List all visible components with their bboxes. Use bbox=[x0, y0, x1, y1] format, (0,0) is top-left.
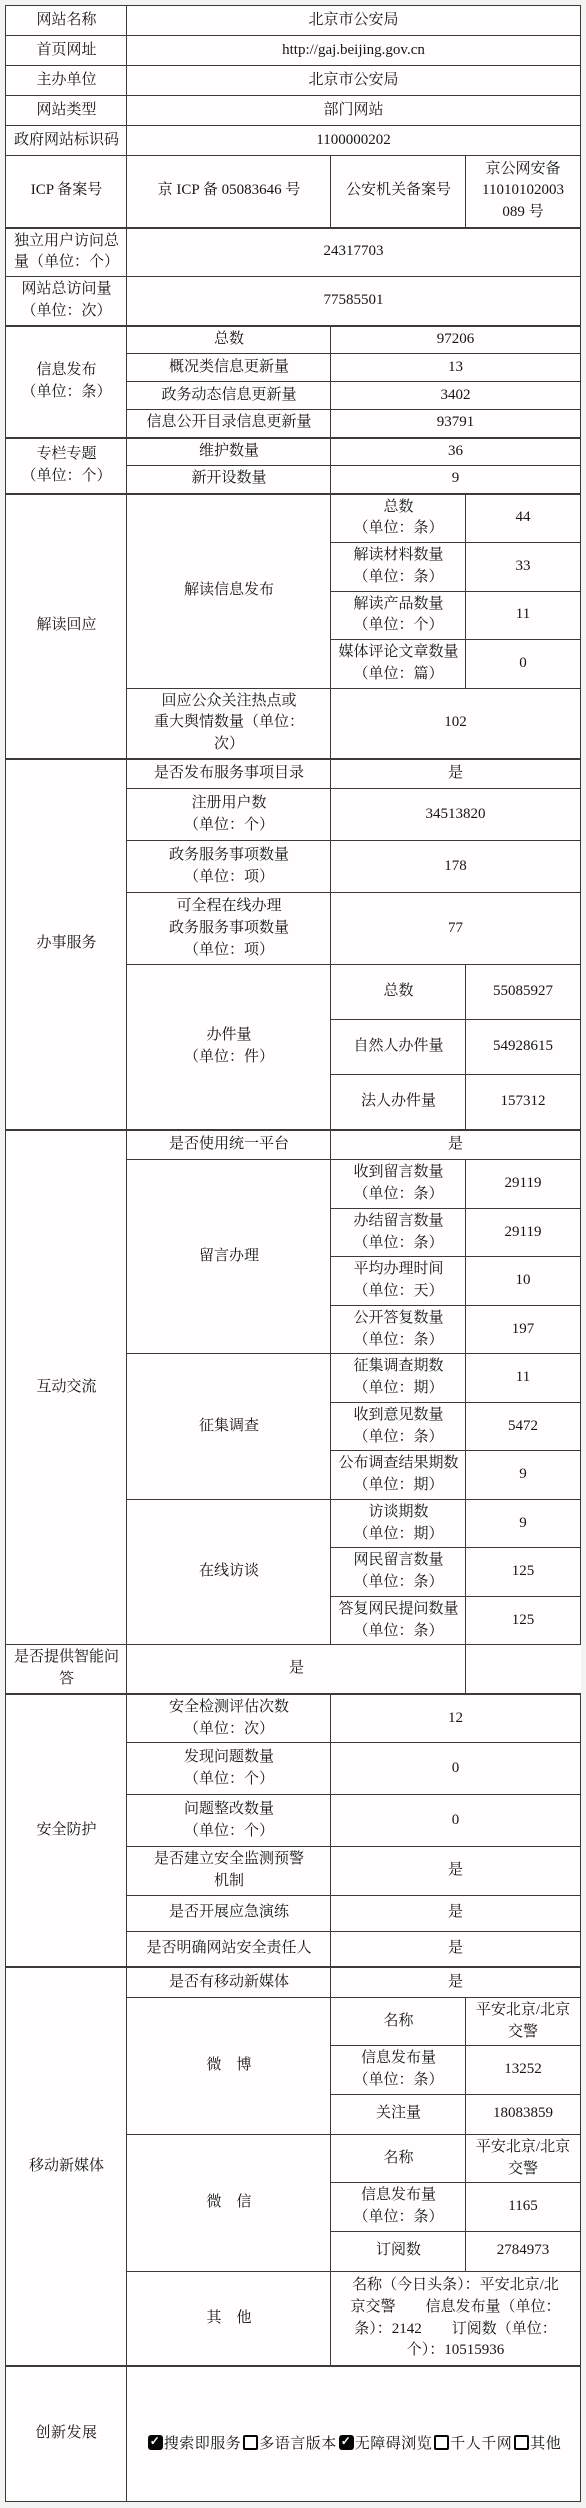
metric-label: 公开答复数量 （单位：条） bbox=[331, 1305, 466, 1354]
organizer-value: 北京市公安局 bbox=[127, 66, 580, 96]
metric-label: 是否使用统一平台 bbox=[127, 1130, 331, 1160]
police-record-value: 京公网安备 11010102003 089 号 bbox=[466, 156, 580, 228]
services-cases-label: 办件量 （单位：件） bbox=[127, 965, 331, 1130]
metric-value: 93791 bbox=[331, 410, 580, 438]
table-row: 互动交流 是否使用统一平台 是 bbox=[6, 1130, 580, 1160]
metric-label: 是否有移动新媒体 bbox=[127, 1967, 331, 1997]
metric-value: 11 bbox=[466, 1354, 580, 1403]
metric-value: 33 bbox=[466, 543, 580, 592]
site-code-value: 1100000202 bbox=[127, 126, 580, 156]
table-row: 解读回应 解读信息发布 总数 （单位：条） 44 bbox=[6, 494, 580, 543]
metric-value: 是 bbox=[331, 1847, 580, 1896]
metric-value: 178 bbox=[331, 841, 580, 893]
metric-label: 关注量 bbox=[331, 2094, 466, 2134]
table-row: 专栏专题 （单位：个） 维护数量 36 bbox=[6, 438, 580, 466]
checkbox-accessibility[interactable] bbox=[339, 2435, 354, 2450]
metric-label: 是否发布服务事项目录 bbox=[127, 759, 331, 789]
metric-value: 9 bbox=[466, 1499, 580, 1548]
site-type-label: 网站类型 bbox=[6, 96, 127, 126]
table-row: 移动新媒体 是否有移动新媒体 是 bbox=[6, 1967, 580, 1997]
metric-label: 注册用户数 （单位：个） bbox=[127, 789, 331, 841]
metric-label: 订阅数 bbox=[331, 2231, 466, 2271]
metric-label: 收到留言数量 （单位：条） bbox=[331, 1160, 466, 1209]
metric-label: 维护数量 bbox=[127, 438, 331, 466]
site-name-label: 网站名称 bbox=[6, 6, 127, 36]
total-visits-label: 网站总访问量 （单位：次） bbox=[6, 277, 127, 326]
metric-label: 概况类信息更新量 bbox=[127, 354, 331, 382]
checkbox-personalized[interactable] bbox=[434, 2435, 449, 2450]
metric-value: 是 bbox=[127, 1645, 466, 1694]
metric-value: 44 bbox=[466, 494, 580, 543]
table-row: 信息发布 （单位：条） 总数 97206 bbox=[6, 326, 580, 354]
metric-label: 平均办理时间 （单位：天） bbox=[331, 1257, 466, 1306]
metric-value: 29119 bbox=[466, 1208, 580, 1257]
metric-label: 信息发布量 （单位：条） bbox=[331, 2046, 466, 2095]
metric-value: 1165 bbox=[466, 2183, 580, 2232]
innovation-options: 搜索即服务多语言版本无障碍浏览千人千网其他 bbox=[127, 2366, 580, 2501]
table-row: 是否提供智能问答 是 bbox=[6, 1645, 580, 1694]
metric-value: 是 bbox=[331, 759, 580, 789]
metric-label: 公布调查结果期数 （单位：期） bbox=[331, 1451, 466, 1500]
metric-label: 发现问题数量 （单位：个） bbox=[127, 1743, 331, 1795]
metric-value: 9 bbox=[331, 466, 580, 494]
unique-visitors-value: 24317703 bbox=[127, 228, 580, 277]
table-row: 网站类型 部门网站 bbox=[6, 96, 580, 126]
new-media-weibo-label: 微 博 bbox=[127, 1997, 331, 2134]
new-media-other-label: 其 他 bbox=[127, 2271, 331, 2366]
metric-value: 平安北京/北京交警 bbox=[466, 2134, 580, 2183]
interaction-surveys-label: 征集调查 bbox=[127, 1354, 331, 1500]
site-code-label: 政府网站标识码 bbox=[6, 126, 127, 156]
checkbox-search-service[interactable] bbox=[148, 2435, 163, 2450]
metric-value: 29119 bbox=[466, 1160, 580, 1209]
unique-visitors-label: 独立用户访问总 量（单位：个） bbox=[6, 228, 127, 277]
metric-value: 5472 bbox=[466, 1402, 580, 1451]
metric-value: 0 bbox=[331, 1743, 580, 1795]
metric-label: 解读产品数量 （单位：个） bbox=[331, 591, 466, 640]
metric-value: 3402 bbox=[331, 382, 580, 410]
metric-value: 36 bbox=[331, 438, 580, 466]
table-row: 创新发展 搜索即服务多语言版本无障碍浏览千人千网其他 bbox=[6, 2366, 580, 2501]
metric-label: 访谈期数 （单位：期） bbox=[331, 1499, 466, 1548]
table-row: 独立用户访问总 量（单位：个） 24317703 bbox=[6, 228, 580, 277]
icp-label: ICP 备案号 bbox=[6, 156, 127, 228]
table-row: 政府网站标识码 1100000202 bbox=[6, 126, 580, 156]
site-type-value: 部门网站 bbox=[127, 96, 580, 126]
metric-value: 97206 bbox=[331, 326, 580, 354]
table-row: 网站名称 北京市公安局 bbox=[6, 6, 580, 36]
metric-label: 解读材料数量 （单位：条） bbox=[331, 543, 466, 592]
metric-value: 0 bbox=[466, 640, 580, 689]
table-row: 安全防护 安全检测评估次数 （单位：次） 12 bbox=[6, 1694, 580, 1743]
table-row: 首页网址 http://gaj.beijing.gov.cn bbox=[6, 36, 580, 66]
metric-label: 新开设数量 bbox=[127, 466, 331, 494]
checkbox-label: 无障碍浏览 bbox=[355, 2436, 433, 2452]
metric-value: 10 bbox=[466, 1257, 580, 1306]
new-media-other-value: 名称（今日头条）：平安北京/北 京交警 信息发布量（单位： 条）：2142 订阅… bbox=[331, 2271, 580, 2366]
table-row: 网站总访问量 （单位：次） 77585501 bbox=[6, 277, 580, 326]
interaction-interviews-label: 在线访谈 bbox=[127, 1499, 331, 1645]
home-url-value: http://gaj.beijing.gov.cn bbox=[127, 36, 580, 66]
metric-label: 总数 bbox=[331, 965, 466, 1020]
section-interpretation: 解读回应 bbox=[6, 494, 127, 759]
metric-value: 13 bbox=[331, 354, 580, 382]
metric-value: 34513820 bbox=[331, 789, 580, 841]
metric-label: 信息发布量 （单位：条） bbox=[331, 2183, 466, 2232]
home-url-label: 首页网址 bbox=[6, 36, 127, 66]
metric-value: 12 bbox=[331, 1694, 580, 1743]
interaction-messages-label: 留言办理 bbox=[127, 1160, 331, 1354]
police-record-label: 公安机关备案号 bbox=[331, 156, 466, 228]
checkbox-multilingual[interactable] bbox=[243, 2435, 258, 2450]
metric-label: 是否明确网站安全责任人 bbox=[127, 1931, 331, 1967]
new-media-wechat-label: 微 信 bbox=[127, 2134, 331, 2271]
metric-label: 办结留言数量 （单位：条） bbox=[331, 1208, 466, 1257]
metric-value: 0 bbox=[331, 1795, 580, 1847]
metric-value: 125 bbox=[466, 1596, 580, 1645]
site-name-value: 北京市公安局 bbox=[127, 6, 580, 36]
metric-label: 回应公众关注热点或 重大舆情数量（单位： 次） bbox=[127, 688, 331, 759]
metric-label: 名称 bbox=[331, 2134, 466, 2183]
metric-label: 信息公开目录信息更新量 bbox=[127, 410, 331, 438]
checkbox-other[interactable] bbox=[514, 2435, 529, 2450]
checkbox-label: 多语言版本 bbox=[259, 2436, 337, 2452]
checkbox-label: 千人千网 bbox=[450, 2436, 512, 2452]
metric-label: 是否开展应急演练 bbox=[127, 1895, 331, 1931]
metric-label: 是否建立安全监测预警 机制 bbox=[127, 1847, 331, 1896]
metric-value: 平安北京/北京交警 bbox=[466, 1997, 580, 2046]
metric-label: 自然人办件量 bbox=[331, 1020, 466, 1075]
checkbox-label: 其他 bbox=[530, 2436, 561, 2452]
metric-label: 收到意见数量 （单位：条） bbox=[331, 1402, 466, 1451]
metric-value: 9 bbox=[466, 1451, 580, 1500]
metric-label: 安全检测评估次数 （单位：次） bbox=[127, 1694, 331, 1743]
total-visits-value: 77585501 bbox=[127, 277, 580, 326]
metric-value: 197 bbox=[466, 1305, 580, 1354]
metric-value: 102 bbox=[331, 688, 580, 759]
metric-value: 是 bbox=[331, 1130, 580, 1160]
metric-value: 54928615 bbox=[466, 1020, 580, 1075]
section-info-publish: 信息发布 （单位：条） bbox=[6, 326, 127, 438]
section-security: 安全防护 bbox=[6, 1694, 127, 1968]
metric-label: 媒体评论文章数量 （单位：篇） bbox=[331, 640, 466, 689]
section-new-media: 移动新媒体 bbox=[6, 1967, 127, 2366]
table-row: 主办单位 北京市公安局 bbox=[6, 66, 580, 96]
metric-label: 征集调查期数 （单位：期） bbox=[331, 1354, 466, 1403]
icp-value: 京 ICP 备 05083646 号 bbox=[127, 156, 331, 228]
metric-label: 政务服务事项数量 （单位：项） bbox=[127, 841, 331, 893]
metric-value: 157312 bbox=[466, 1075, 580, 1130]
metric-value: 11 bbox=[466, 591, 580, 640]
metric-label: 答复网民提问数量 （单位：条） bbox=[331, 1596, 466, 1645]
metric-label: 政务动态信息更新量 bbox=[127, 382, 331, 410]
section-innovation: 创新发展 bbox=[6, 2366, 127, 2501]
metric-value: 77 bbox=[331, 893, 580, 965]
organizer-label: 主办单位 bbox=[6, 66, 127, 96]
metric-value: 13252 bbox=[466, 2046, 580, 2095]
annual-report-table: 网站名称 北京市公安局 首页网址 http://gaj.beijing.gov.… bbox=[5, 5, 580, 2502]
metric-label: 网民留言数量 （单位：条） bbox=[331, 1548, 466, 1597]
table-row: 办事服务 是否发布服务事项目录 是 bbox=[6, 759, 580, 789]
metric-label: 是否提供智能问答 bbox=[6, 1645, 127, 1694]
section-columns-topics: 专栏专题 （单位：个） bbox=[6, 438, 127, 494]
metric-value: 125 bbox=[466, 1548, 580, 1597]
metric-value: 是 bbox=[331, 1895, 580, 1931]
metric-value: 2784973 bbox=[466, 2231, 580, 2271]
metric-value: 是 bbox=[331, 1967, 580, 1997]
checkbox-label: 搜索即服务 bbox=[164, 2436, 242, 2452]
section-services: 办事服务 bbox=[6, 759, 127, 1130]
metric-value: 18083859 bbox=[466, 2094, 580, 2134]
metric-label: 名称 bbox=[331, 1997, 466, 2046]
metric-label: 问题整改数量 （单位：个） bbox=[127, 1795, 331, 1847]
metric-label: 总数 （单位：条） bbox=[331, 494, 466, 543]
table-row: ICP 备案号 京 ICP 备 05083646 号 公安机关备案号 京公网安备… bbox=[6, 156, 580, 228]
metric-label: 可全程在线办理 政务服务事项数量 （单位：项） bbox=[127, 893, 331, 965]
metric-label: 法人办件量 bbox=[331, 1075, 466, 1130]
metric-value: 是 bbox=[331, 1931, 580, 1967]
section-interaction: 互动交流 bbox=[6, 1130, 127, 1645]
metric-label: 总数 bbox=[127, 326, 331, 354]
interpretation-publish-label: 解读信息发布 bbox=[127, 494, 331, 689]
metric-value: 55085927 bbox=[466, 965, 580, 1020]
